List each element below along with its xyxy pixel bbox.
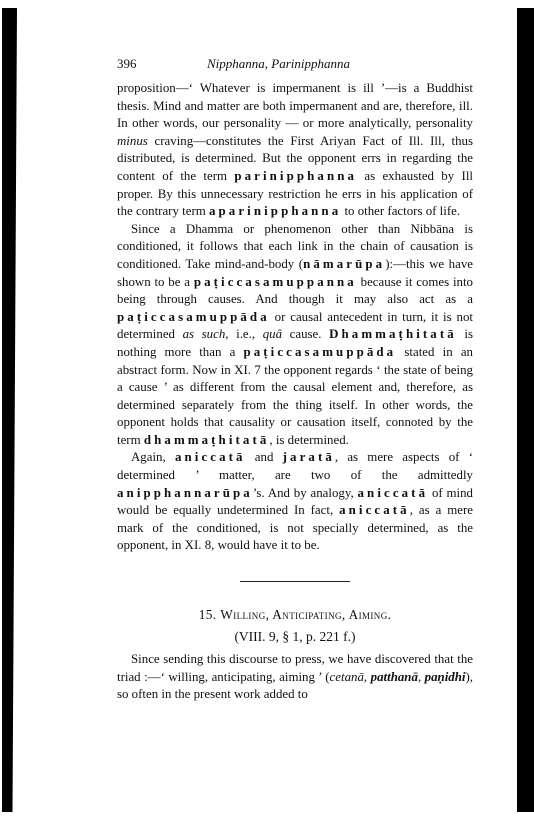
- term-italic: quâ: [263, 327, 282, 341]
- section-heading: 15. Willing, Anticipating, Aiming.: [117, 606, 473, 624]
- text-run: and: [246, 450, 283, 464]
- term-spaced: aniccatā: [339, 503, 410, 517]
- text-run: Again,: [131, 450, 175, 464]
- text-run: stated in an abstract form. Now in XI. 7…: [117, 345, 473, 447]
- term-italic: cetanā: [330, 670, 364, 684]
- text-run: ’s. And by analogy,: [253, 486, 358, 500]
- paragraph-2: Since a Dhamma or phenomenon other than …: [117, 221, 473, 450]
- term-spaced: paṭiccasamuppanna: [194, 275, 357, 289]
- text-run: ,: [418, 670, 425, 684]
- section-divider-rule: [240, 581, 350, 582]
- book-page: 396 Nipphanna, Parinipphanna proposition…: [117, 55, 473, 704]
- section-reference: (VIII. 9, § 1, p. 221 f.): [117, 628, 473, 646]
- paragraph-4: Since sending this discourse to press, w…: [117, 651, 473, 704]
- paragraph-3: Again, aniccatā and jaratā, as mere aspe…: [117, 449, 473, 555]
- term-bold-italic: paṇidhi: [425, 670, 466, 684]
- term-italic: as such: [183, 327, 226, 341]
- page-number: 396: [117, 55, 207, 73]
- term-spaced: dhammaṭhitatā: [144, 433, 270, 447]
- term-italic: minus: [117, 134, 148, 148]
- running-title: Nipphanna, Parinipphanna: [207, 55, 350, 73]
- term-bold-italic: patthanā: [371, 670, 418, 684]
- term-spaced: aniccatā: [358, 486, 429, 500]
- term-spaced: paṭiccasamuppāda: [243, 345, 396, 359]
- paragraph-1: proposition—‘ Whatever is impermanent is…: [117, 80, 473, 221]
- term-spaced: anipphannarūpa: [117, 486, 253, 500]
- text-run: , is determined.: [269, 433, 348, 447]
- term-spaced: parinipphanna: [234, 169, 357, 183]
- scan-edge-left: [2, 8, 17, 812]
- scan-edge-right: [517, 8, 534, 812]
- text-run: ,: [364, 670, 371, 684]
- term-spaced: nāmarūpa: [303, 257, 385, 271]
- term-spaced: aniccatā: [175, 450, 246, 464]
- text-run: cause.: [282, 327, 329, 341]
- section-title: Willing, Anticipating, Aiming.: [220, 607, 391, 622]
- text-run: to other factors of life.: [341, 204, 460, 218]
- term-spaced: aparinipphanna: [209, 204, 341, 218]
- term-spaced: jaratā: [283, 450, 335, 464]
- running-head: 396 Nipphanna, Parinipphanna: [117, 55, 473, 73]
- section-number: 15.: [199, 607, 217, 622]
- term-spaced: Dhammaṭhitatā: [329, 327, 457, 341]
- term-spaced: paṭiccasamuppāda: [117, 310, 270, 324]
- text-run: , i.e.,: [225, 327, 262, 341]
- text-run: proposition—‘ Whatever is impermanent is…: [117, 81, 473, 130]
